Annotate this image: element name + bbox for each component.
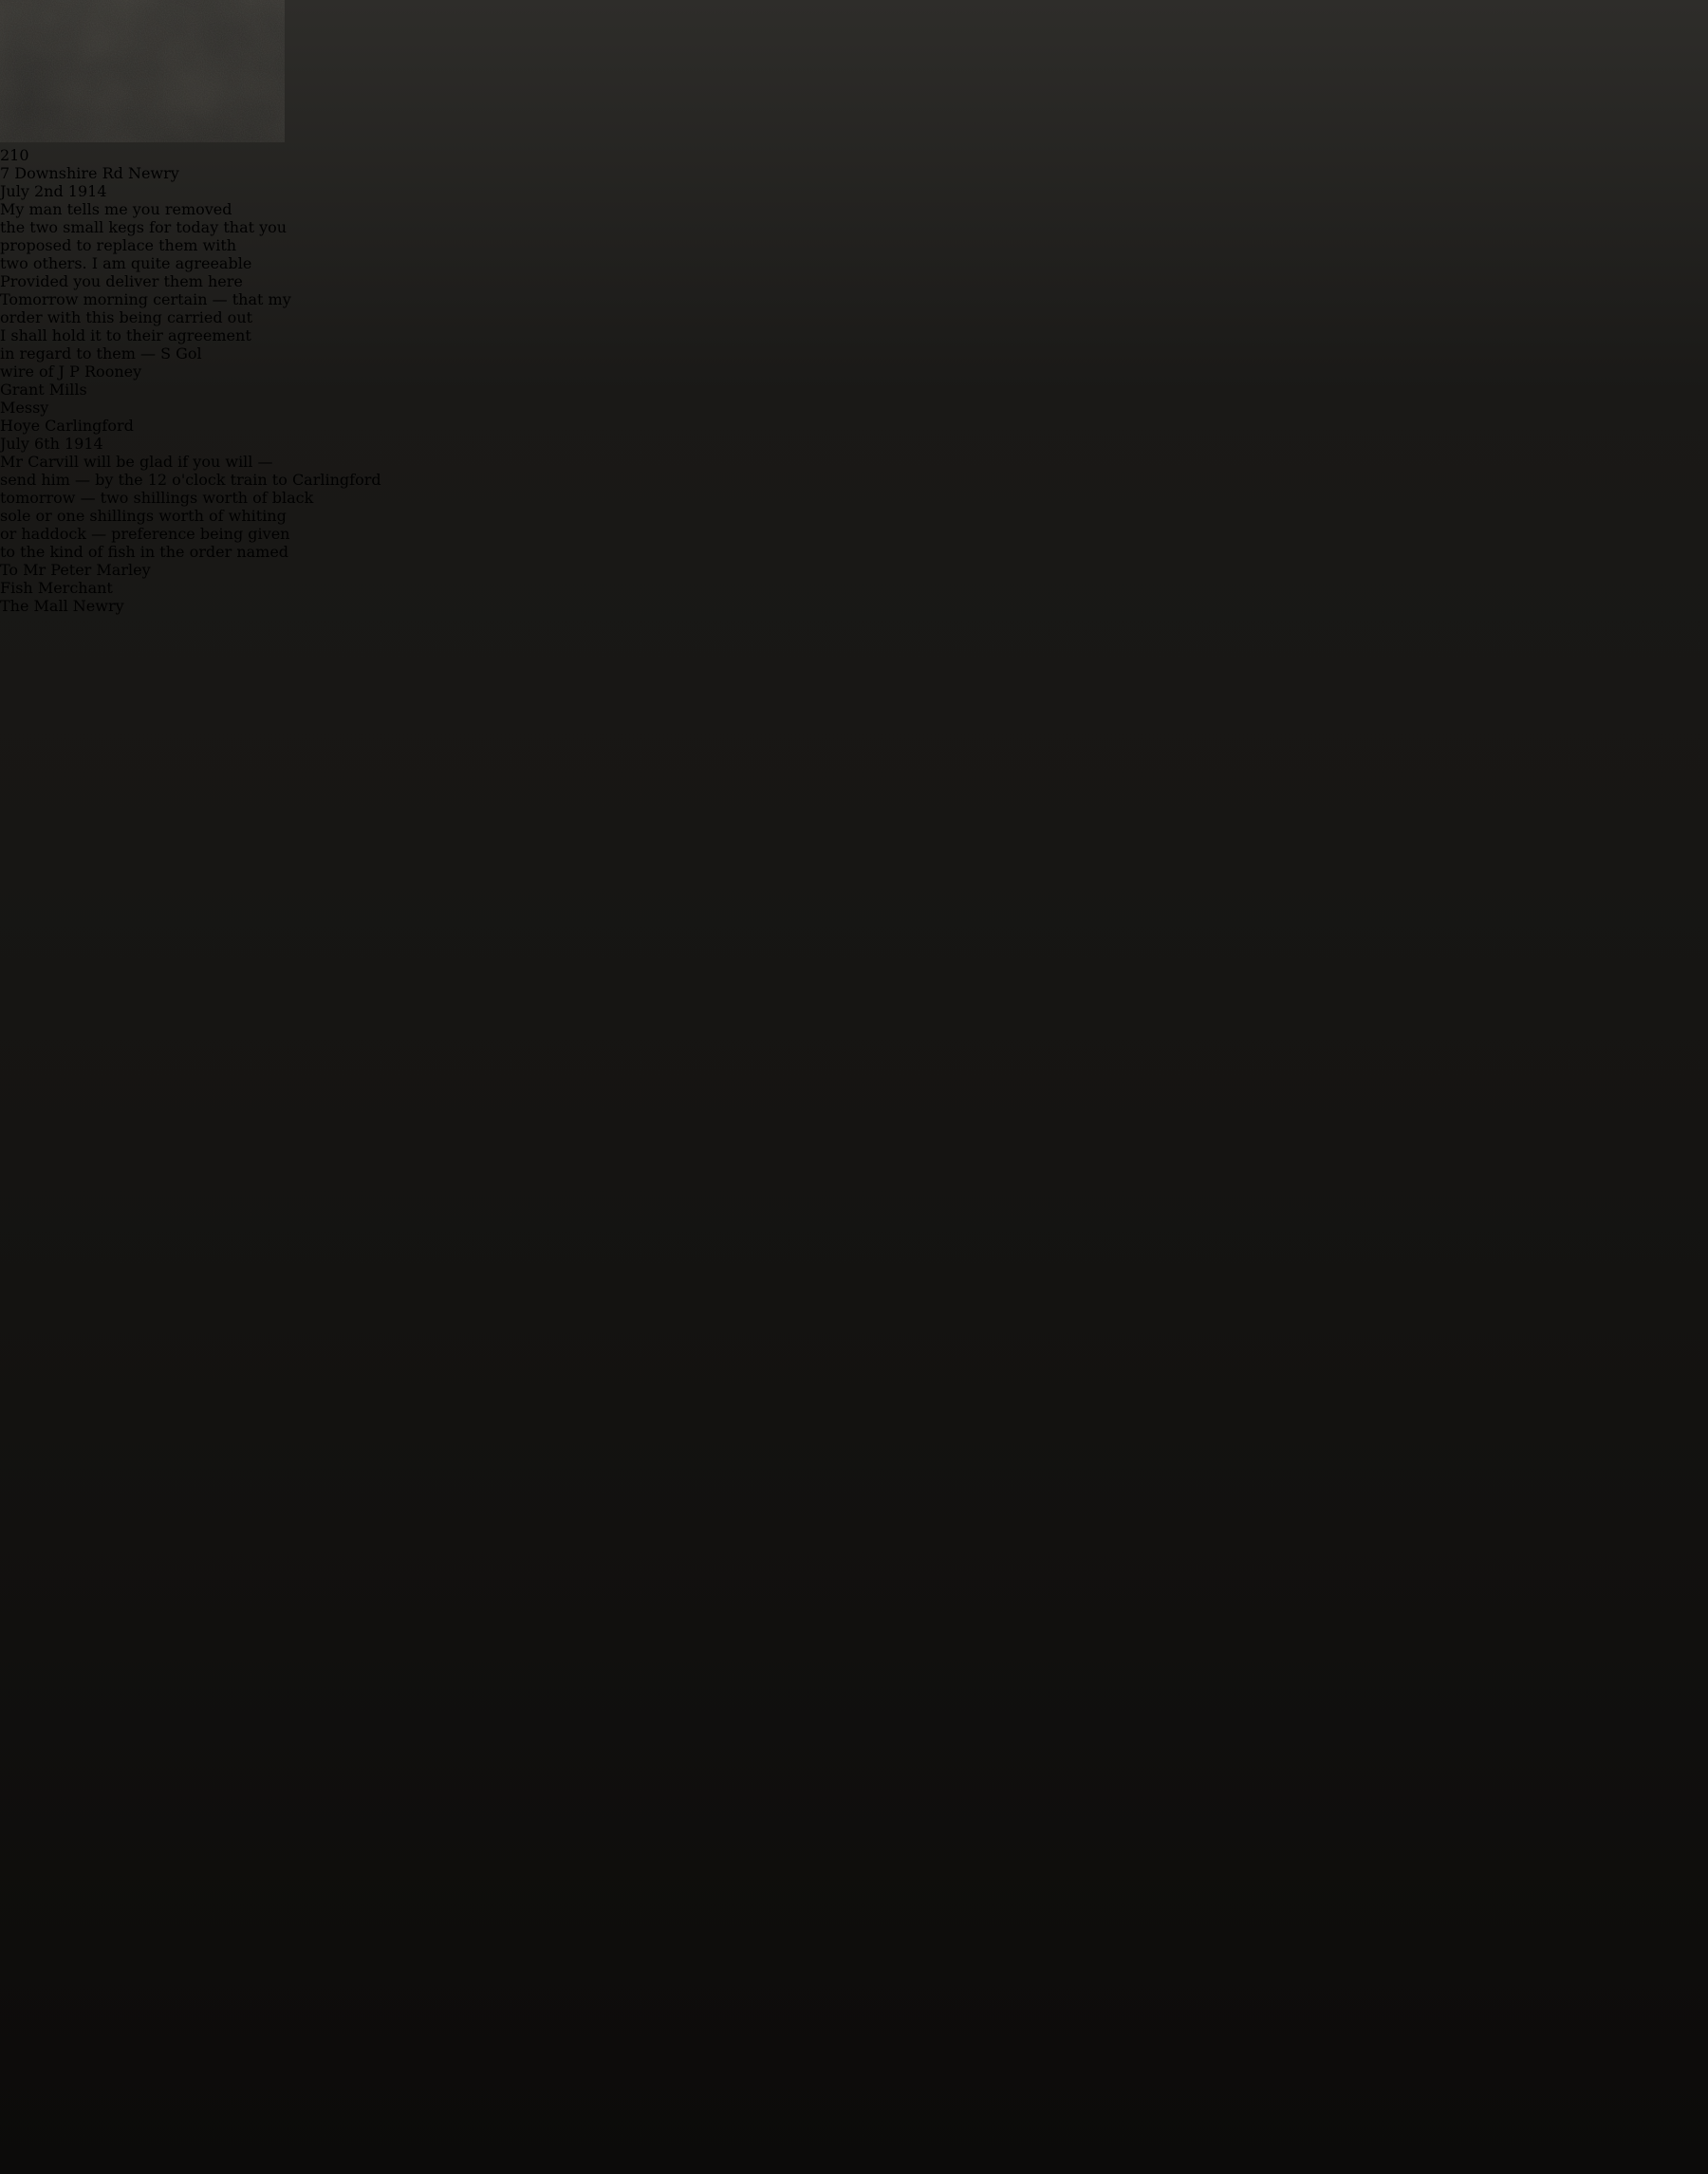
- letter-line: Provided you deliver them here: [0, 272, 1708, 290]
- letter-signature-title: Fish Merchant: [0, 579, 1708, 597]
- book-gutter-pages-edge: [0, 42, 38, 2112]
- letter-place-heading: Hoye Carlingford: [0, 417, 1708, 435]
- letter-line: I shall hold it to their agreement: [0, 326, 1708, 344]
- letter-line: two others. I am quite agreeable: [0, 254, 1708, 272]
- book-page: 210 7 Downshire Rd Newry July 2nd 1914 M…: [0, 0, 1708, 615]
- fish-order-letter: Hoye Carlingford July 6th 1914 Mr Carvil…: [0, 417, 1708, 615]
- letter-addressee: To Mr Peter Marley: [0, 561, 1708, 579]
- letter-line: sole or one shillings worth of whiting: [0, 507, 1708, 525]
- paper-texture: [0, 0, 285, 142]
- letter-line: order with this being carried out: [0, 308, 1708, 326]
- letter-line: Mr Carvill will be glad if you will —: [0, 453, 1708, 471]
- letter-line: Grant Mills: [0, 381, 1708, 399]
- letter-line: Tomorrow morning certain — that my: [0, 290, 1708, 308]
- letter-line: My man tells me you removed: [0, 200, 1708, 218]
- page-number-stamp: 210: [0, 146, 1708, 164]
- letter-signature-address: The Mall Newry: [0, 597, 1708, 615]
- letter-line: to the kind of fish in the order named: [0, 543, 1708, 561]
- letter-line: July 2nd 1914: [0, 182, 1708, 200]
- letter-line: wire of J P Rooney: [0, 362, 1708, 381]
- letter-line: proposed to replace them with: [0, 236, 1708, 254]
- rotated-press-copy-letter: 7 Downshire Rd Newry July 2nd 1914 My ma…: [0, 164, 1708, 417]
- letter-line: in regard to them — S Gol: [0, 344, 1708, 362]
- letter-line: 7 Downshire Rd Newry: [0, 164, 1708, 182]
- letter-line: tomorrow — two shillings worth of black: [0, 489, 1708, 507]
- letter-line: Messy: [0, 399, 1708, 417]
- letter-line: send him — by the 12 o'clock train to Ca…: [0, 471, 1708, 489]
- letter-date: July 6th 1914: [0, 435, 1708, 453]
- letter-line: the two small kegs for today that you: [0, 218, 1708, 236]
- letter-line: or haddock — preference being given: [0, 525, 1708, 543]
